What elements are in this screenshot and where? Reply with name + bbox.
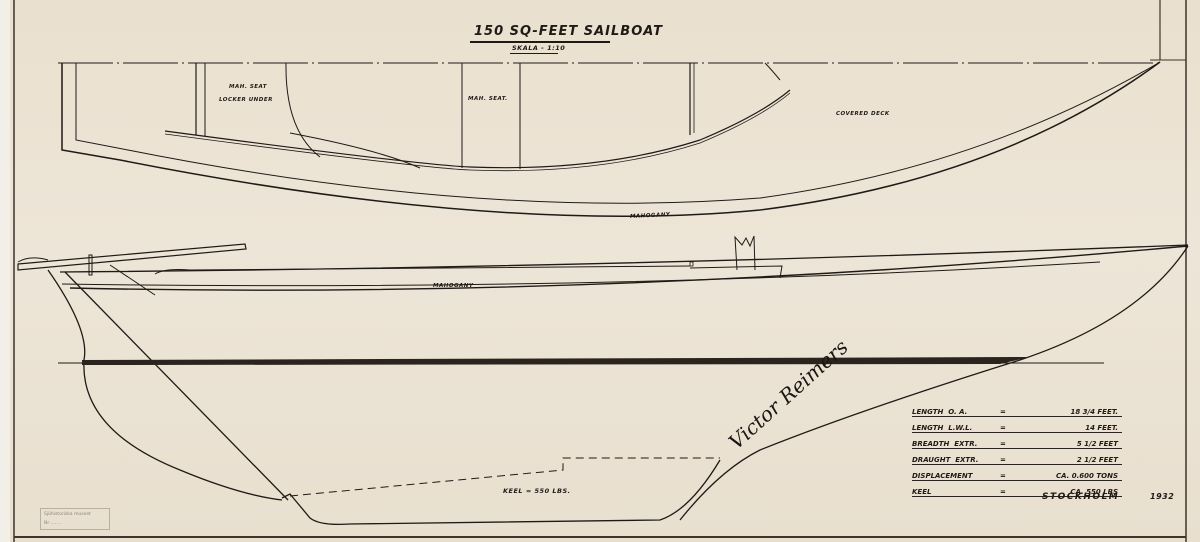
spec-equals: = bbox=[1000, 488, 1044, 496]
scale-underline bbox=[510, 53, 558, 54]
spec-name: Length L.W.L. bbox=[912, 424, 1000, 432]
place-label: Stockholm bbox=[1042, 492, 1119, 502]
spec-row: Length O. A. = 18 3/4 feet. bbox=[912, 401, 1122, 417]
spec-value: 18 3/4 feet. bbox=[1044, 408, 1122, 416]
year-label: 1932 bbox=[1150, 492, 1174, 501]
spec-name: Breadth Extr. bbox=[912, 440, 1000, 448]
drawing-scale: Skala - 1:10 bbox=[512, 44, 565, 52]
label-locker-under: Locker under bbox=[219, 97, 273, 103]
label-mahogany-profile: Mahogany bbox=[433, 283, 473, 289]
plan-view bbox=[58, 62, 1160, 216]
drawing-title: 150 sq-feet Sailboat bbox=[474, 24, 663, 39]
spec-equals: = bbox=[1000, 408, 1044, 416]
spec-value: 5 1/2 feet bbox=[1044, 440, 1122, 448]
spec-value: 2 1/2 feet bbox=[1044, 456, 1122, 464]
spec-row: Length L.W.L. = 14 feet. bbox=[912, 417, 1122, 433]
specifications-table: Length O. A. = 18 3/4 feet. Length L.W.L… bbox=[912, 401, 1122, 497]
spec-name: Length O. A. bbox=[912, 408, 1000, 416]
label-covered-deck: Covered deck bbox=[836, 111, 890, 117]
spec-name: Draught Extr. bbox=[912, 456, 1000, 464]
label-keel-weight: Keel = 550 lbs. bbox=[503, 487, 571, 495]
spec-equals: = bbox=[1000, 472, 1044, 480]
drawing-sheet: 150 sq-feet Sailboat Skala - 1:10 Mah. s… bbox=[0, 0, 1200, 542]
label-seat-aft: Mah. seat bbox=[229, 84, 267, 90]
spec-name: Keel bbox=[912, 488, 1000, 496]
stamp-line-2: Nr ........ bbox=[44, 521, 106, 526]
stamp-line-1: Sjöhistoriska museet bbox=[44, 512, 106, 517]
spec-value: ca. 0.600 tons bbox=[1044, 472, 1122, 480]
title-underline bbox=[470, 41, 610, 43]
spec-name: Displacement bbox=[912, 472, 1000, 480]
spec-row: Breadth Extr. = 5 1/2 feet bbox=[912, 433, 1122, 449]
label-seat-mid: Mah. seat. bbox=[468, 96, 508, 102]
spec-equals: = bbox=[1000, 456, 1044, 464]
spec-row: Displacement = ca. 0.600 tons bbox=[912, 465, 1122, 481]
waterline-boottop bbox=[82, 357, 1030, 365]
archive-stamp: Sjöhistoriska museet Nr ........ bbox=[40, 508, 110, 530]
spec-equals: = bbox=[1000, 424, 1044, 432]
boom bbox=[18, 244, 246, 270]
spec-row: Draught Extr. = 2 1/2 feet bbox=[912, 449, 1122, 465]
spec-value: 14 feet. bbox=[1044, 424, 1122, 432]
spec-equals: = bbox=[1000, 440, 1044, 448]
paper-edge bbox=[0, 0, 10, 542]
